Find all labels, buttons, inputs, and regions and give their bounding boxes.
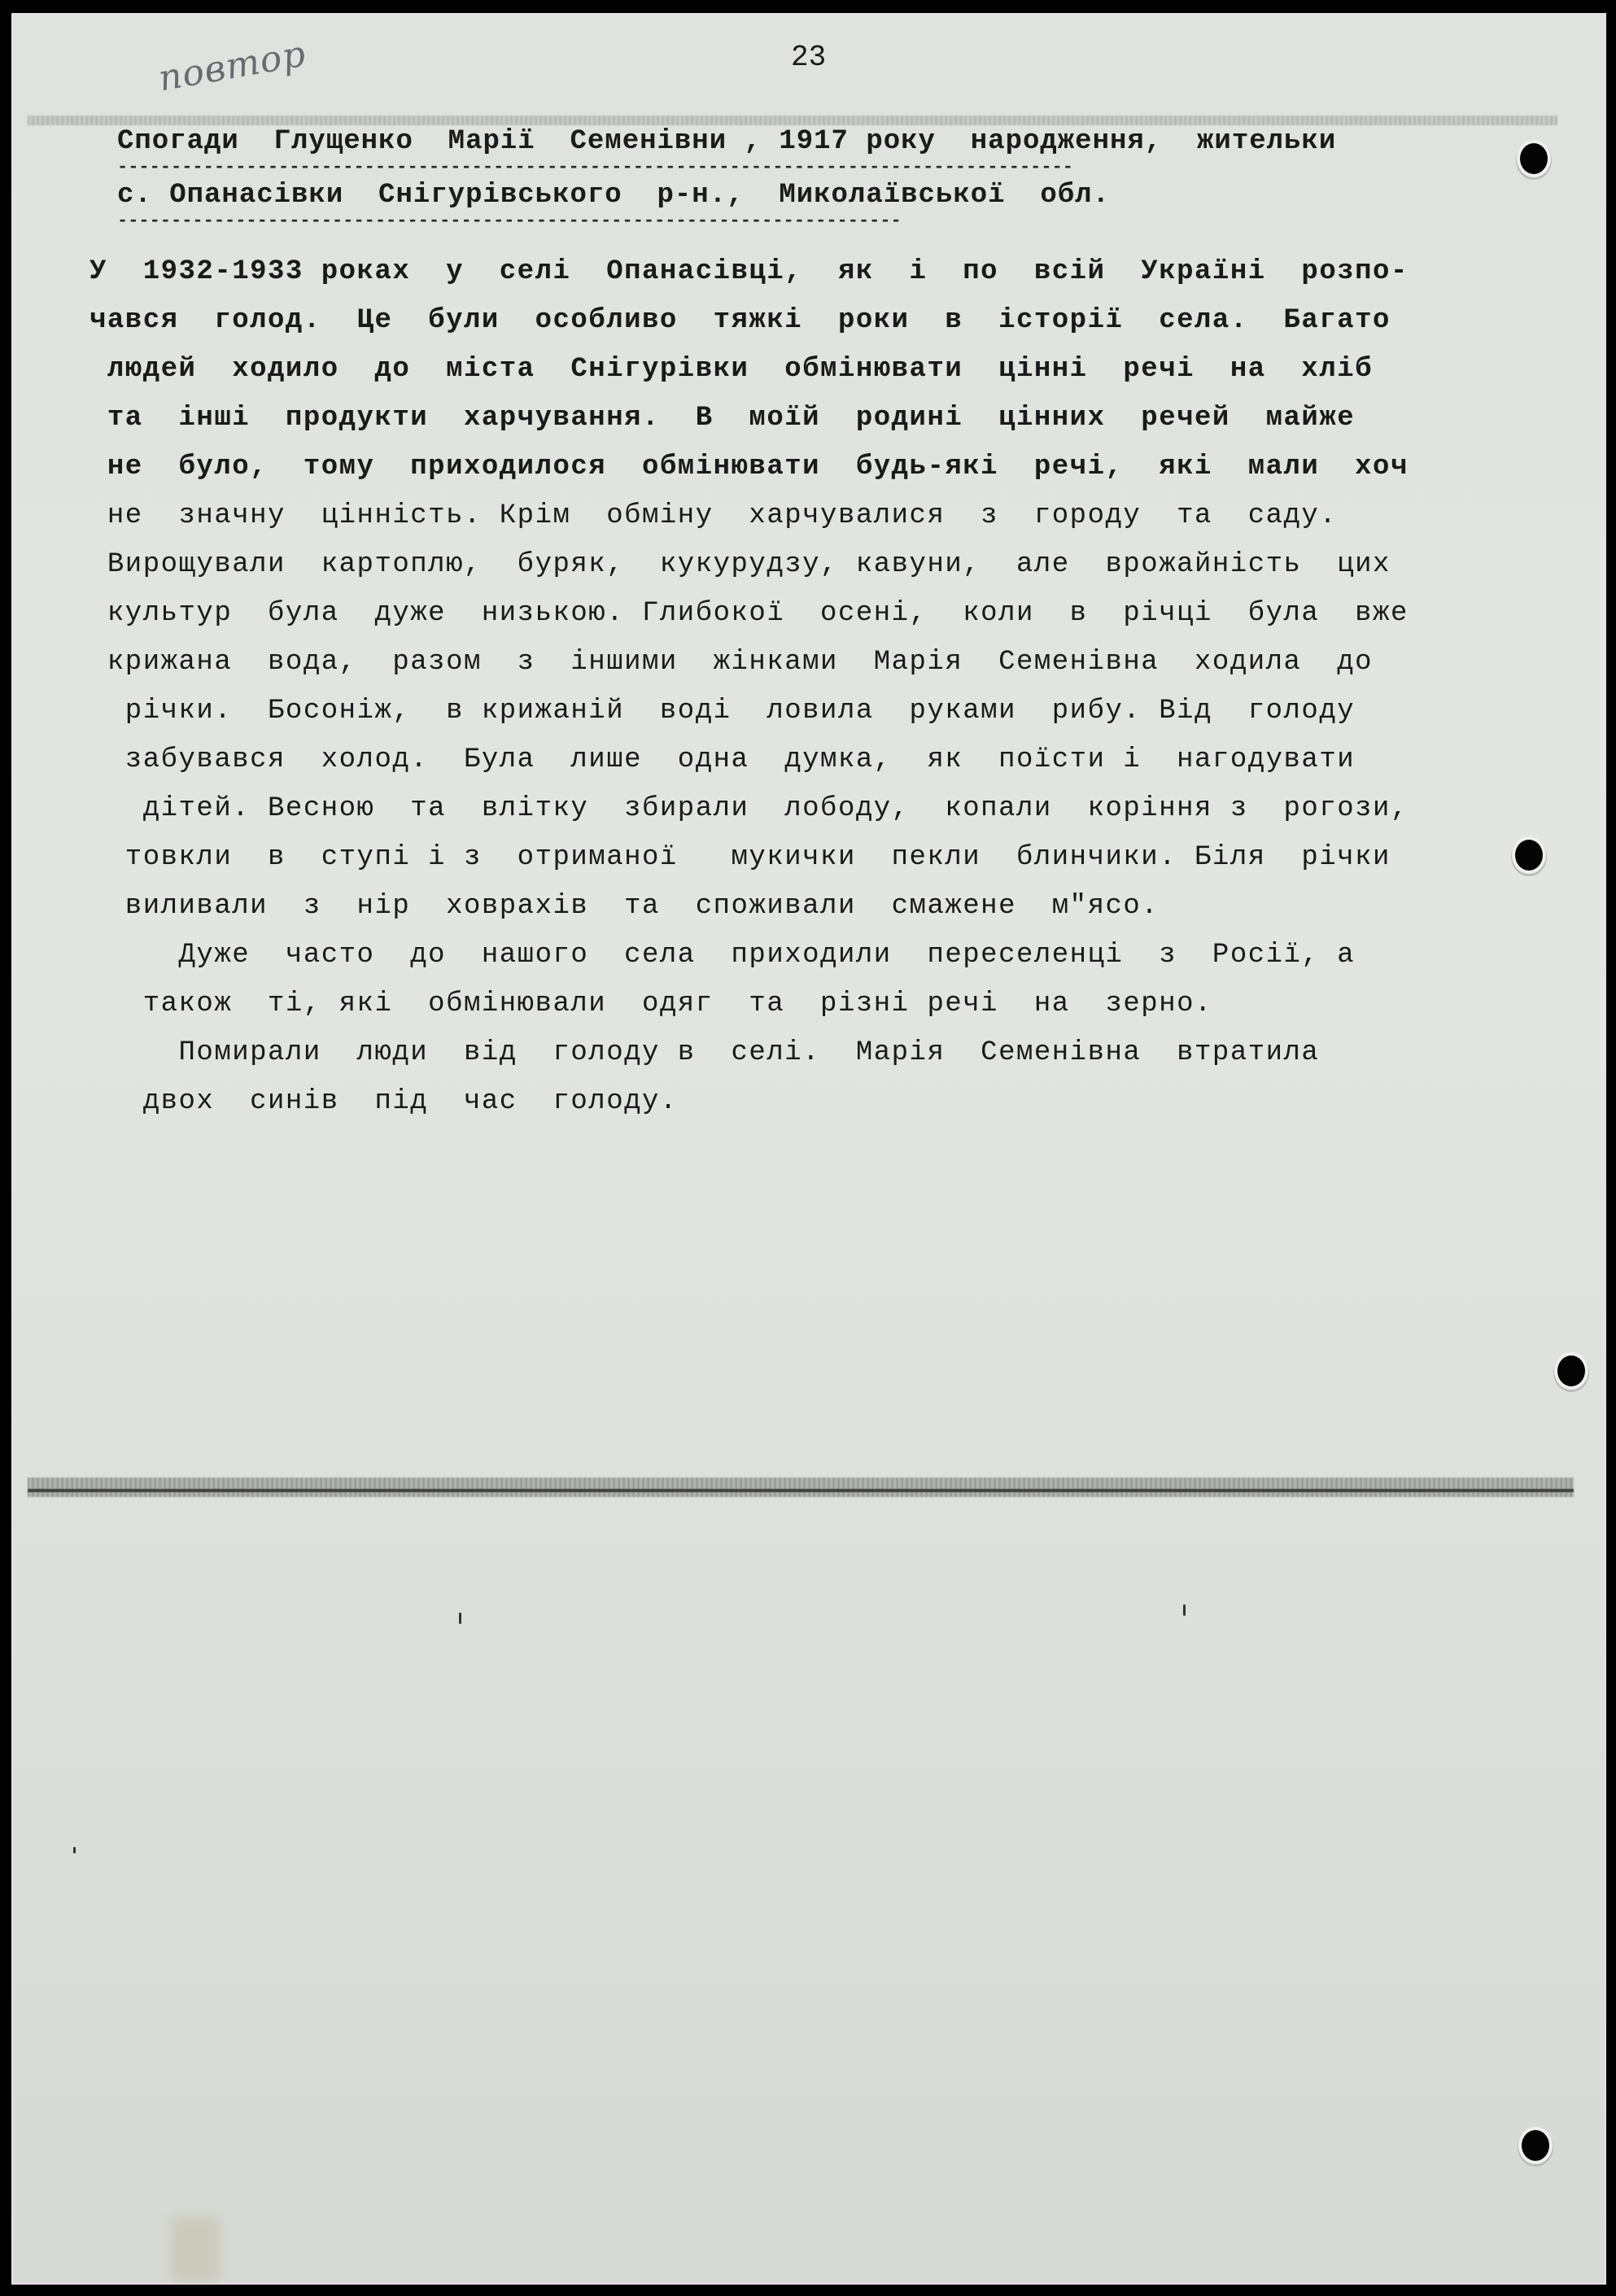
body-line: культур була дуже низькою. Глибокої осен… — [90, 589, 1538, 638]
body-line: забувався холод. Була лише одна думка, я… — [90, 736, 1538, 784]
body-line: товкли в ступі і з отриманої мукички пек… — [90, 833, 1538, 882]
body-line: людей ходило до міста Снігурівки обмінюв… — [90, 345, 1538, 394]
body-line: Дуже часто до нашого села приходили пере… — [90, 931, 1538, 980]
scan-speck — [459, 1613, 461, 1624]
body-line: крижана вода, разом з іншими жінками Мар… — [90, 638, 1538, 687]
punch-hole — [1515, 840, 1543, 871]
heading-line-1: Спогади Глущенко Марії Семенівни , 1917 … — [117, 125, 1500, 158]
heading-underline-1: ----------------------------------------… — [117, 158, 1500, 179]
page-number: 23 — [791, 41, 826, 74]
punch-hole — [1520, 143, 1548, 174]
body-line: дітей. Весною та влітку збирали лободу, … — [90, 784, 1538, 833]
heading-underline-2: ----------------------------------------… — [117, 212, 1191, 233]
document-heading: Спогади Глущенко Марії Семенівни , 1917 … — [117, 125, 1500, 233]
body-line: двох синів під час голоду. — [90, 1077, 1538, 1126]
document-page: повтор 23 Спогади Глущенко Марії Семенів… — [11, 13, 1606, 2285]
fold-line-bottom — [28, 1478, 1574, 1497]
scan-speck — [73, 1847, 76, 1853]
body-line: не було, тому приходилося обмінювати буд… — [90, 443, 1538, 491]
body-line: та інші продукти харчування. В моїй роди… — [90, 394, 1538, 443]
punch-hole — [1522, 2130, 1549, 2161]
punch-hole — [1557, 1355, 1585, 1386]
fold-line-top — [28, 116, 1557, 125]
body-line: річки. Босоніж, в крижаній воді ловила р… — [90, 687, 1538, 736]
scan-speck — [1183, 1604, 1186, 1616]
body-text: У 1932-1933 роках у селі Опанасівці, як … — [90, 247, 1538, 1126]
body-line: Вирощували картоплю, буряк, кукурудзу, к… — [90, 540, 1538, 589]
body-line: не значну цінність. Крім обміну харчувал… — [90, 491, 1538, 540]
body-line: чався голод. Це були особливо тяжкі роки… — [90, 296, 1538, 345]
body-line: Помирали люди від голоду в селі. Марія С… — [90, 1028, 1538, 1077]
handwritten-note: повтор — [155, 33, 309, 100]
body-line: також ті, які обмінювали одяг та різні р… — [90, 980, 1538, 1028]
paper-stain — [171, 2216, 220, 2281]
body-line: виливали з нір ховрахів та споживали сма… — [90, 882, 1538, 931]
body-line: У 1932-1933 роках у селі Опанасівці, як … — [90, 247, 1538, 296]
heading-line-2: с. Опанасівки Снігурівського р-н., Микол… — [117, 179, 1500, 212]
